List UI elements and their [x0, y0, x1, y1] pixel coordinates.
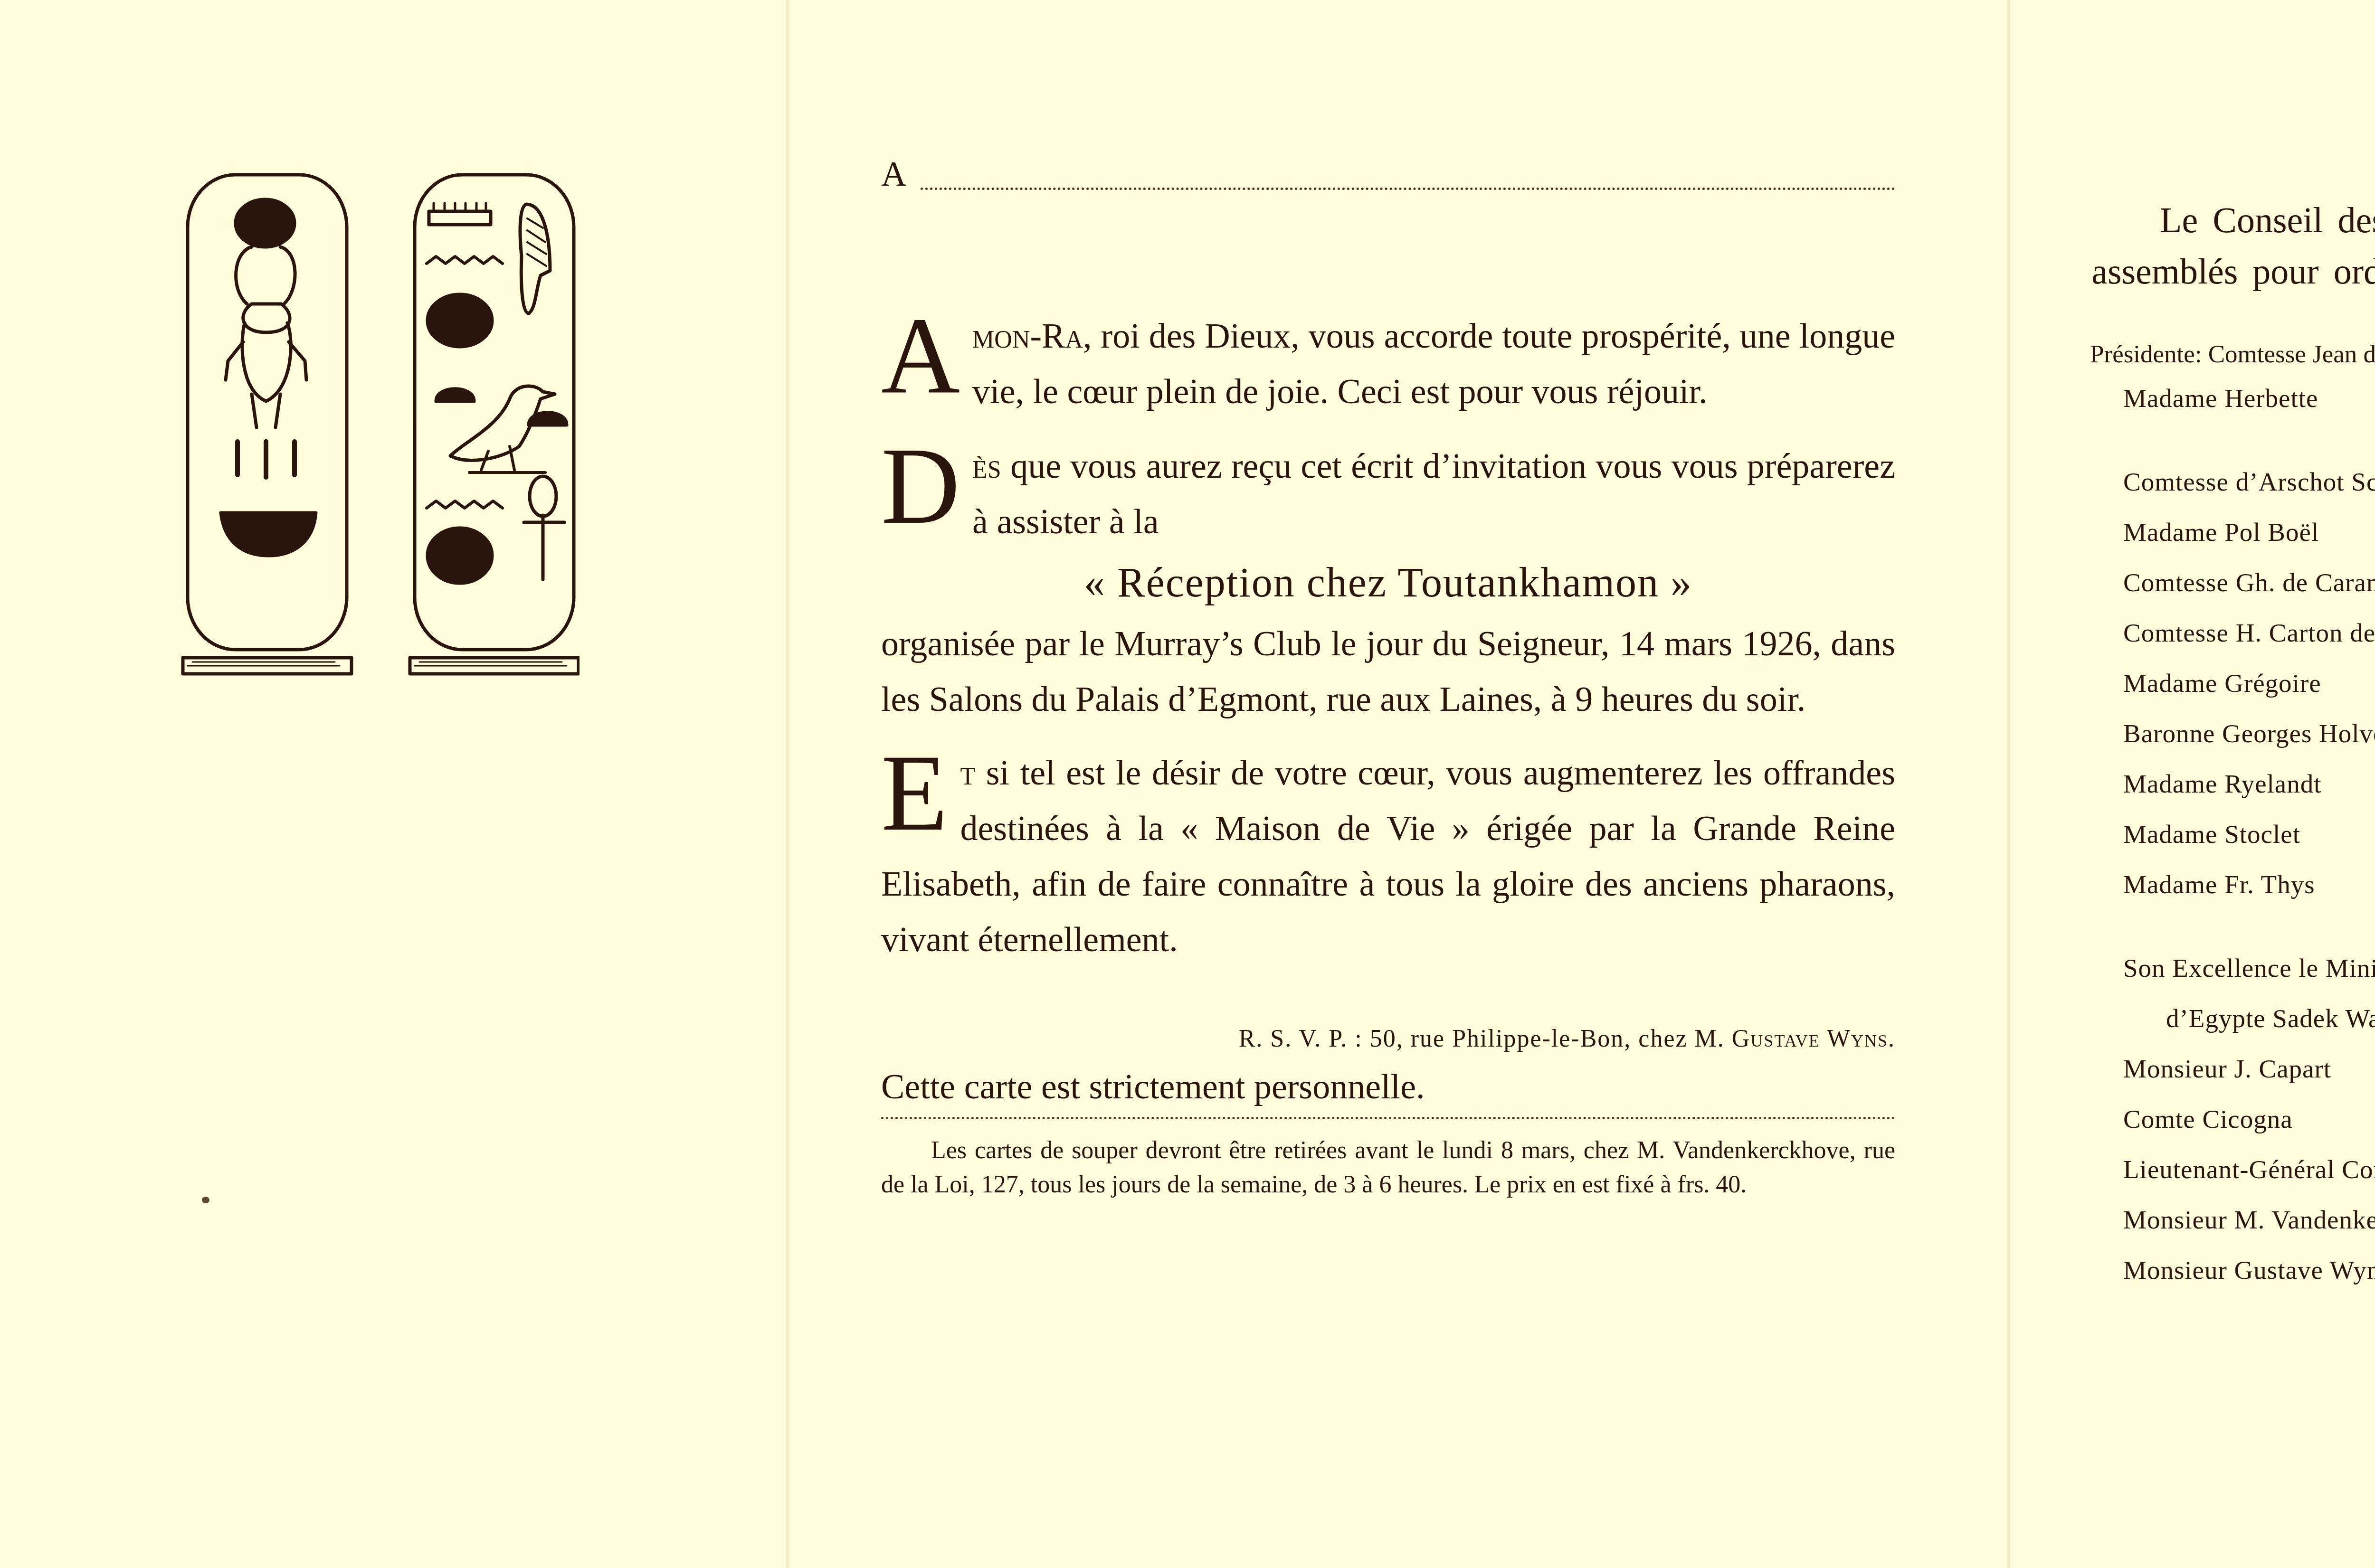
- three-strokes-icon: [237, 442, 294, 477]
- council-member: Madame Grégoire: [2123, 658, 2375, 708]
- paper-speck: [202, 1197, 209, 1203]
- council-member: Monsieur M. Vandenkerckhove: [2123, 1195, 2375, 1245]
- water-ripple-icon: [427, 501, 503, 508]
- basket-icon: [221, 513, 316, 556]
- rsvp-suffix: .: [1888, 1025, 1895, 1052]
- council-member: Madame Pol Boël: [2123, 507, 2375, 557]
- water-ripple-icon: [427, 256, 503, 264]
- sun-disk-icon: [236, 199, 294, 247]
- council-member: Madame Stoclet: [2123, 809, 2375, 860]
- paragraph-text: , roi des Dieux, vous accorde toute pros…: [972, 317, 1895, 411]
- paragraph-amon-ra: Amon-Ra, roi des Dieux, vous accorde tou…: [881, 309, 1895, 420]
- addressee-blank: [921, 188, 1895, 190]
- council-panel: Le Conseil des Notables, assemblés pour …: [2090, 195, 2375, 1295]
- spacer: [2090, 910, 2375, 943]
- fold-line-right: [2007, 0, 2010, 1568]
- council-member: Monsieur Gustave Wyns: [2123, 1245, 2375, 1295]
- dotted-rule: [881, 1117, 1895, 1119]
- rsvp-line: R. S. V. P. : 50, rue Philippe-le-Bon, c…: [881, 1025, 1895, 1053]
- addressee-line: A: [881, 152, 1895, 195]
- council-member-minister: Son Excellence le Ministre: [2123, 943, 2375, 993]
- scarab-icon: [226, 247, 306, 427]
- council-member: Lieutenant-Général Comte Greindl: [2123, 1144, 2375, 1195]
- personal-notice: Cette carte est strictement personnelle.: [881, 1067, 1895, 1107]
- council-title: Le Conseil des Notables, assemblés pour …: [2090, 195, 2375, 297]
- supper-footnote: Les cartes de souper devront être retiré…: [881, 1133, 1895, 1202]
- cartouches-panel: [180, 161, 579, 703]
- fold-line-left: [786, 0, 789, 1568]
- dropcap-e: E: [881, 750, 948, 836]
- council-member: Comtesse d’Arschot Schoonhoven: [2123, 457, 2375, 507]
- crown-icon: [429, 203, 491, 225]
- sun-disk-icon: [427, 528, 492, 583]
- rsvp-address: R. S. V. P. : 50, rue Philippe-le-Bon, c…: [1239, 1025, 1732, 1052]
- paragraph-lead: t: [960, 754, 976, 793]
- council-member: Baronne Georges Holvoet: [2123, 708, 2375, 759]
- president-line: Présidente: Comtesse Jean de Mérode ;: [2090, 340, 2375, 368]
- council-member: Comtesse Gh. de Caraman Chimay: [2123, 557, 2375, 608]
- rsvp-name: Gustave Wyns: [1732, 1025, 1888, 1052]
- council-member: Madame Fr. Thys: [2123, 860, 2375, 910]
- council-member: Comte Cicogna: [2123, 1094, 2375, 1144]
- council-member: Monsieur J. Capart: [2123, 1044, 2375, 1094]
- reed-leaf-icon: [520, 204, 550, 313]
- dropcap-a: A: [881, 313, 960, 399]
- council-member: Comtesse H. Carton de Wiart: [2123, 608, 2375, 658]
- spacer: [2090, 424, 2375, 457]
- name-cartouche: [410, 175, 579, 674]
- invitation-panel: A Amon-Ra, roi des Dieux, vous accorde t…: [881, 152, 1895, 1202]
- sun-disk-icon: [427, 294, 492, 347]
- council-member: Madame Ryelandt: [2123, 759, 2375, 809]
- ankh-icon: [524, 476, 564, 579]
- paragraph-lead: ès: [972, 447, 1001, 486]
- dropcap-d: D: [881, 444, 960, 529]
- paragraph-invitation: Dès que vous aurez reçu cet écrit d’invi…: [881, 439, 1895, 550]
- paragraph-offerings: Et si tel est le désir de votre cœur, vo…: [881, 746, 1895, 968]
- paragraph-lead: mon-Ra: [972, 317, 1083, 356]
- addressee-prefix: A: [881, 154, 906, 195]
- president-second: Madame Herbette: [2123, 373, 2375, 424]
- reception-title: « Réception chez Toutankhamon »: [881, 550, 1895, 616]
- scarab-cartouche: [183, 175, 351, 674]
- cartouche-illustration: [180, 161, 579, 703]
- paragraph-event-details: organisée par le Murray’s Club le jour d…: [881, 616, 1895, 727]
- paragraph-text: que vous aurez reçu cet écrit d’invitati…: [972, 447, 1895, 541]
- council-member-minister-cont: d’Egypte Sadek Wahba Pacha: [2166, 993, 2375, 1044]
- paragraph-text: si tel est le désir de votre cœur, vous …: [881, 754, 1895, 959]
